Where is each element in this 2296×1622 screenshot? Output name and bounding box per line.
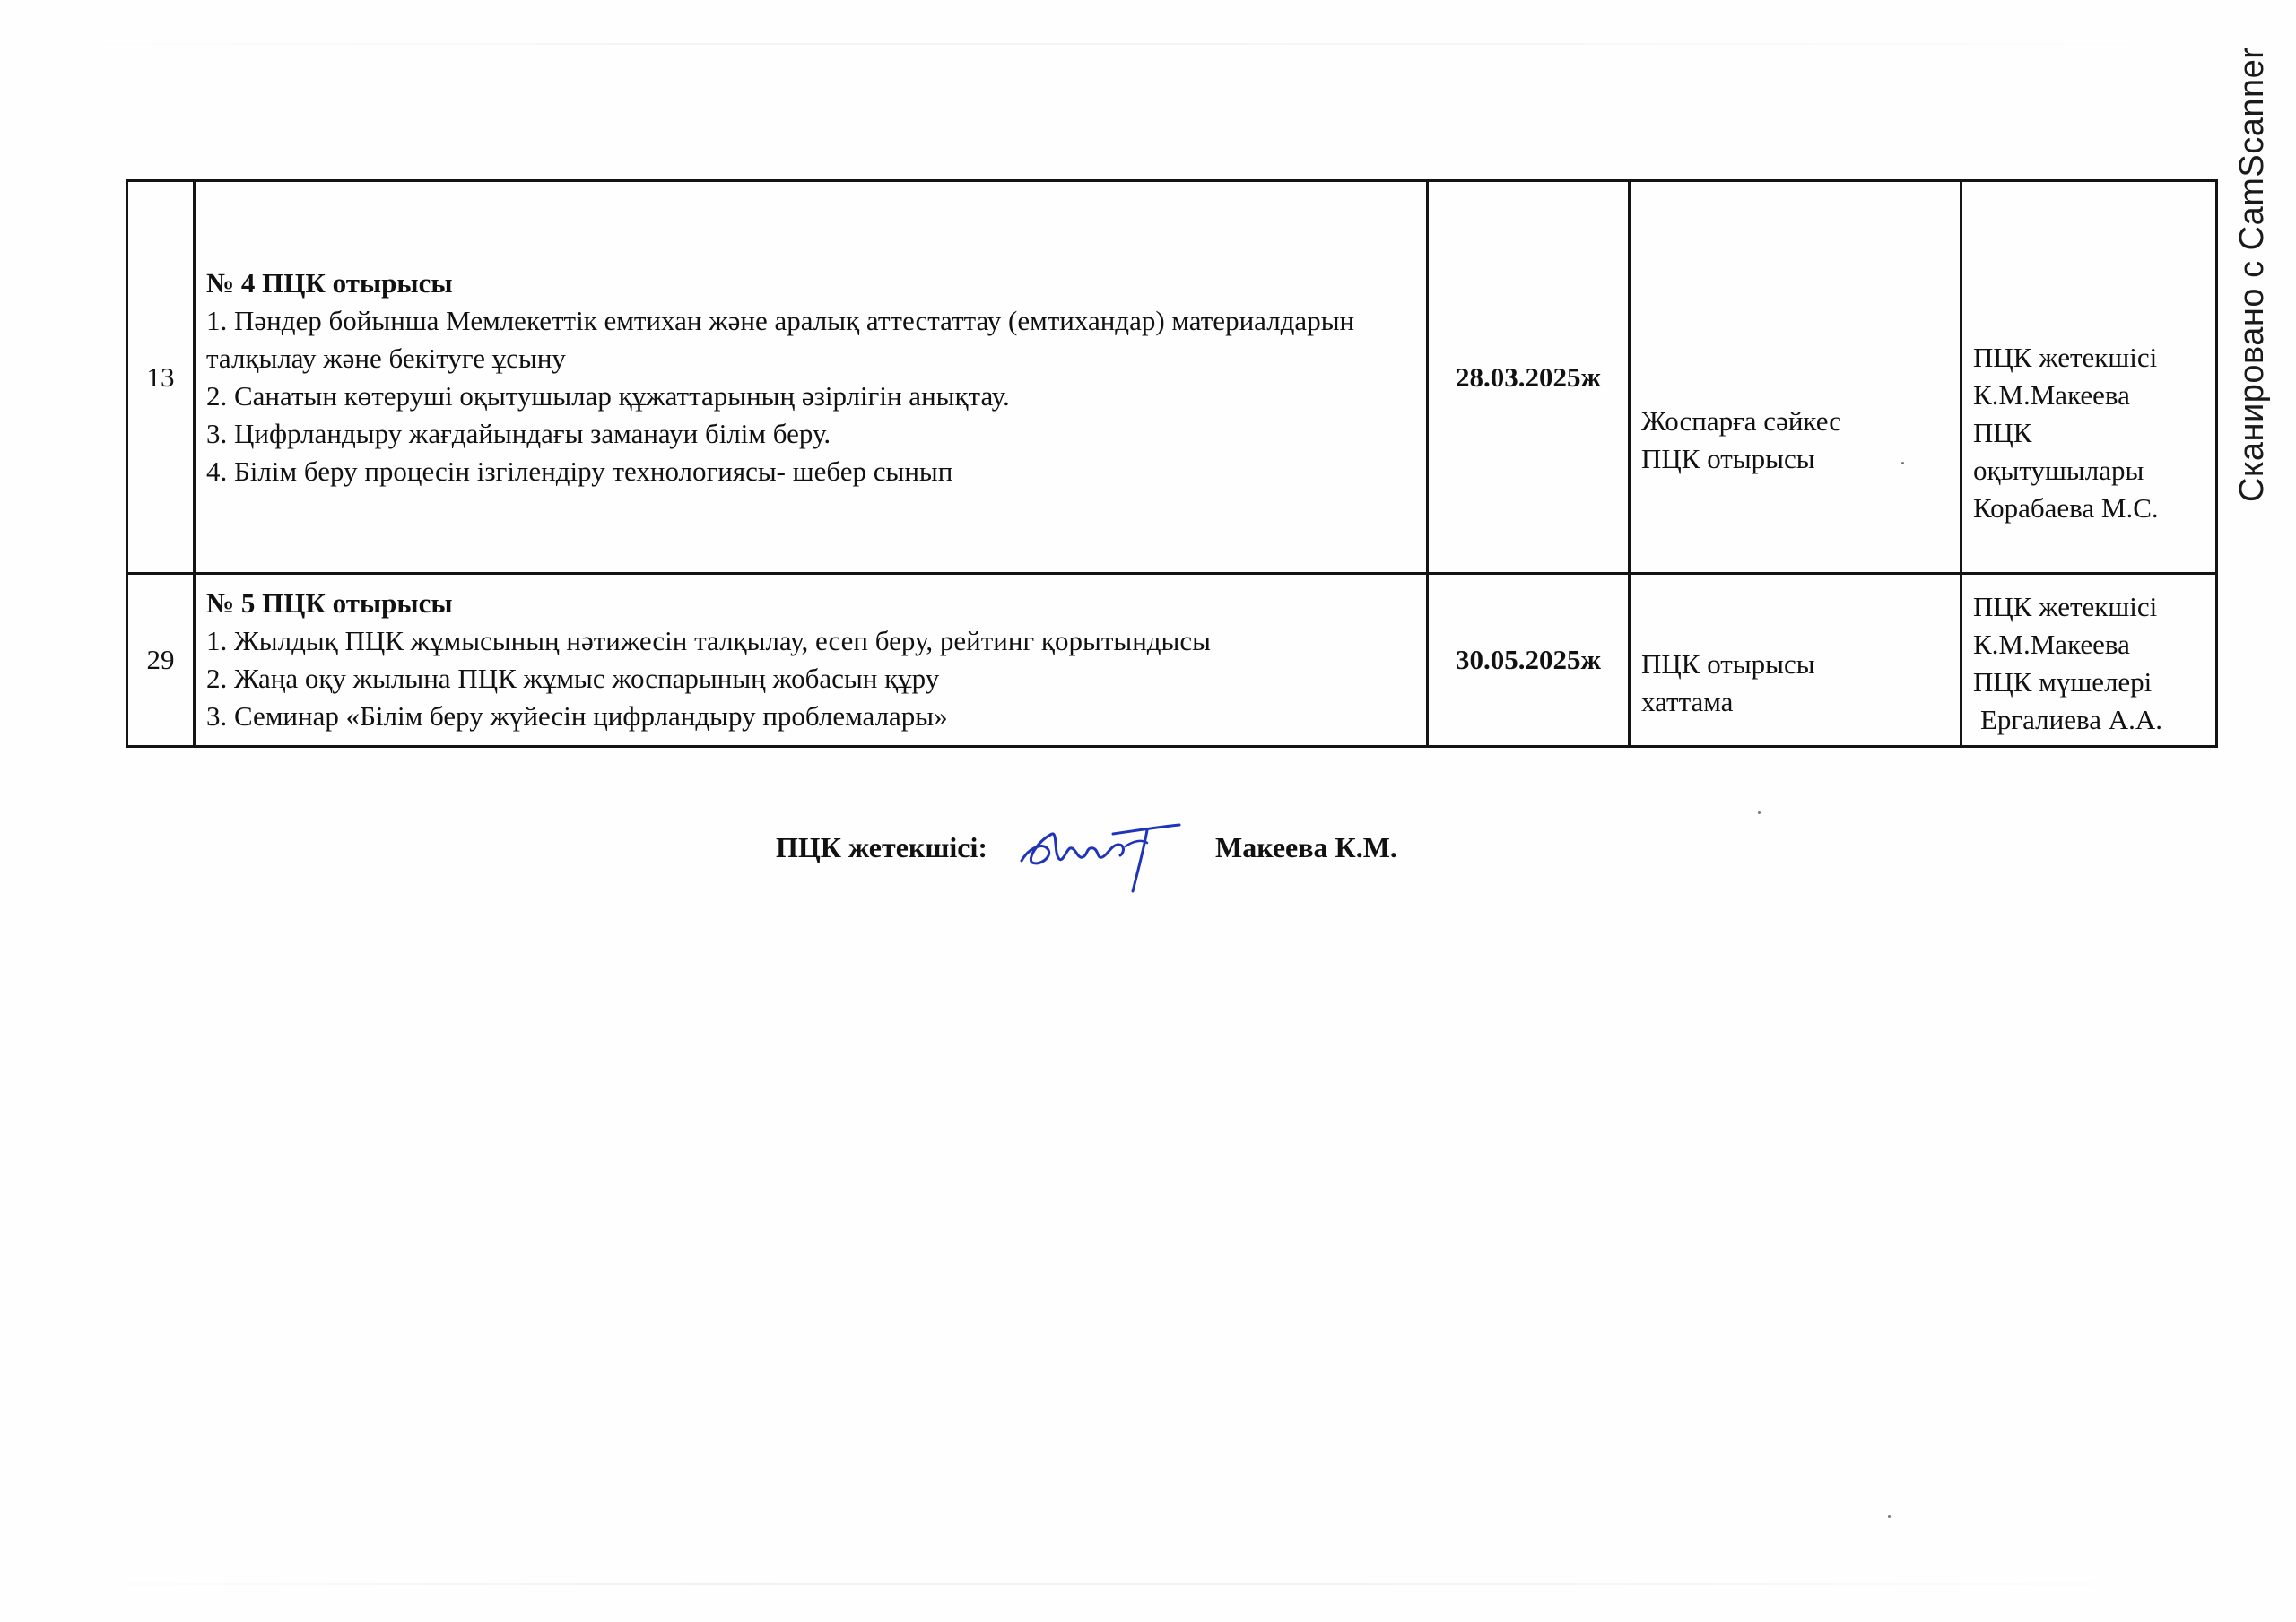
agenda-item: 2. Жаңа оқу жылына ПЦК жұмыс жоспарының … <box>206 660 1415 698</box>
responsible-line: ПЦК <box>1973 414 2205 452</box>
table-row: 13 № 4 ПЦК отырысы 1. Пәндер бойынша Мем… <box>127 181 2217 574</box>
form-line: хаттама <box>1641 683 1949 721</box>
scan-speck <box>1888 1515 1891 1518</box>
responsible-line: ПЦК жетекшісі <box>1973 339 2205 377</box>
agenda-item: 3. Семинар «Білім беру жүйесін цифрланды… <box>206 698 1415 735</box>
meetings-plan-table: 13 № 4 ПЦК отырысы 1. Пәндер бойынша Мем… <box>126 179 2218 748</box>
meeting-title: № 4 ПЦК отырысы <box>206 265 1415 302</box>
responsible-line: ПЦК жетекшісі <box>1973 588 2205 626</box>
responsible-line: ПЦК мүшелері <box>1973 664 2205 701</box>
responsible-line: оқытушылары <box>1973 452 2205 490</box>
signature-label: ПЦК жетекшісі: <box>776 831 987 864</box>
signatory-name: Макеева К.М. <box>1215 831 1397 864</box>
meeting-agenda-cell: № 5 ПЦК отырысы 1. Жылдық ПЦК жұмысының … <box>195 574 1428 747</box>
form-line: Жоспарға сәйкес <box>1641 403 1949 440</box>
form-line: ПЦК отырысы <box>1641 440 1949 478</box>
signature-block: ПЦК жетекшісі: Макеева К.М. <box>776 811 1457 883</box>
form-line: ПЦК отырысы <box>1641 646 1949 683</box>
meeting-date: 28.03.2025ж <box>1428 181 1630 574</box>
agenda-item: 2. Санатын көтеруші оқытушылар құжаттары… <box>206 377 1415 415</box>
responsible-line: Корабаева М.С. <box>1973 490 2205 527</box>
responsible-cell: ПЦК жетекшісі К.М.Макеева ПЦК оқытушылар… <box>1961 181 2217 574</box>
scan-speck <box>1901 462 1904 464</box>
completion-form-cell: ПЦК отырысы хаттама <box>1630 574 1961 747</box>
meeting-date: 30.05.2025ж <box>1428 574 1630 747</box>
camscanner-watermark: Сканировано с CamScanner <box>2233 48 2272 502</box>
meeting-title: № 5 ПЦК отырысы <box>206 585 1415 622</box>
completion-form-cell: Жоспарға сәйкес ПЦК отырысы <box>1630 181 1961 574</box>
scanned-page: 13 № 4 ПЦК отырысы 1. Пәндер бойынша Мем… <box>0 0 2296 1622</box>
scan-speck <box>1758 811 1761 814</box>
responsible-line: К.М.Макеева <box>1973 626 2205 664</box>
scan-edge-top <box>54 43 2188 45</box>
handwritten-signature-icon <box>1013 814 1183 895</box>
responsible-line: К.М.Макеева <box>1973 377 2205 414</box>
agenda-item: 1. Пәндер бойынша Мемлекеттік емтихан жә… <box>206 302 1415 377</box>
responsible-cell: ПЦК жетекшісі К.М.Макеева ПЦК мүшелері Е… <box>1961 574 2217 747</box>
agenda-item: 1. Жылдық ПЦК жұмысының нәтижесін талқыл… <box>206 622 1415 660</box>
responsible-line: Ергалиева А.А. <box>1973 701 2205 739</box>
agenda-item: 4. Білім беру процесін ізгілендіру техно… <box>206 453 1415 490</box>
agenda-item: 3. Цифрландыру жағдайындағы заманауи біл… <box>206 415 1415 453</box>
meeting-agenda-cell: № 4 ПЦК отырысы 1. Пәндер бойынша Мемлек… <box>195 181 1428 574</box>
table-row: 29 № 5 ПЦК отырысы 1. Жылдық ПЦК жұмысын… <box>127 574 2217 747</box>
row-number: 13 <box>127 181 195 574</box>
row-number: 29 <box>127 574 195 747</box>
scan-edge-bottom <box>54 1583 2188 1585</box>
